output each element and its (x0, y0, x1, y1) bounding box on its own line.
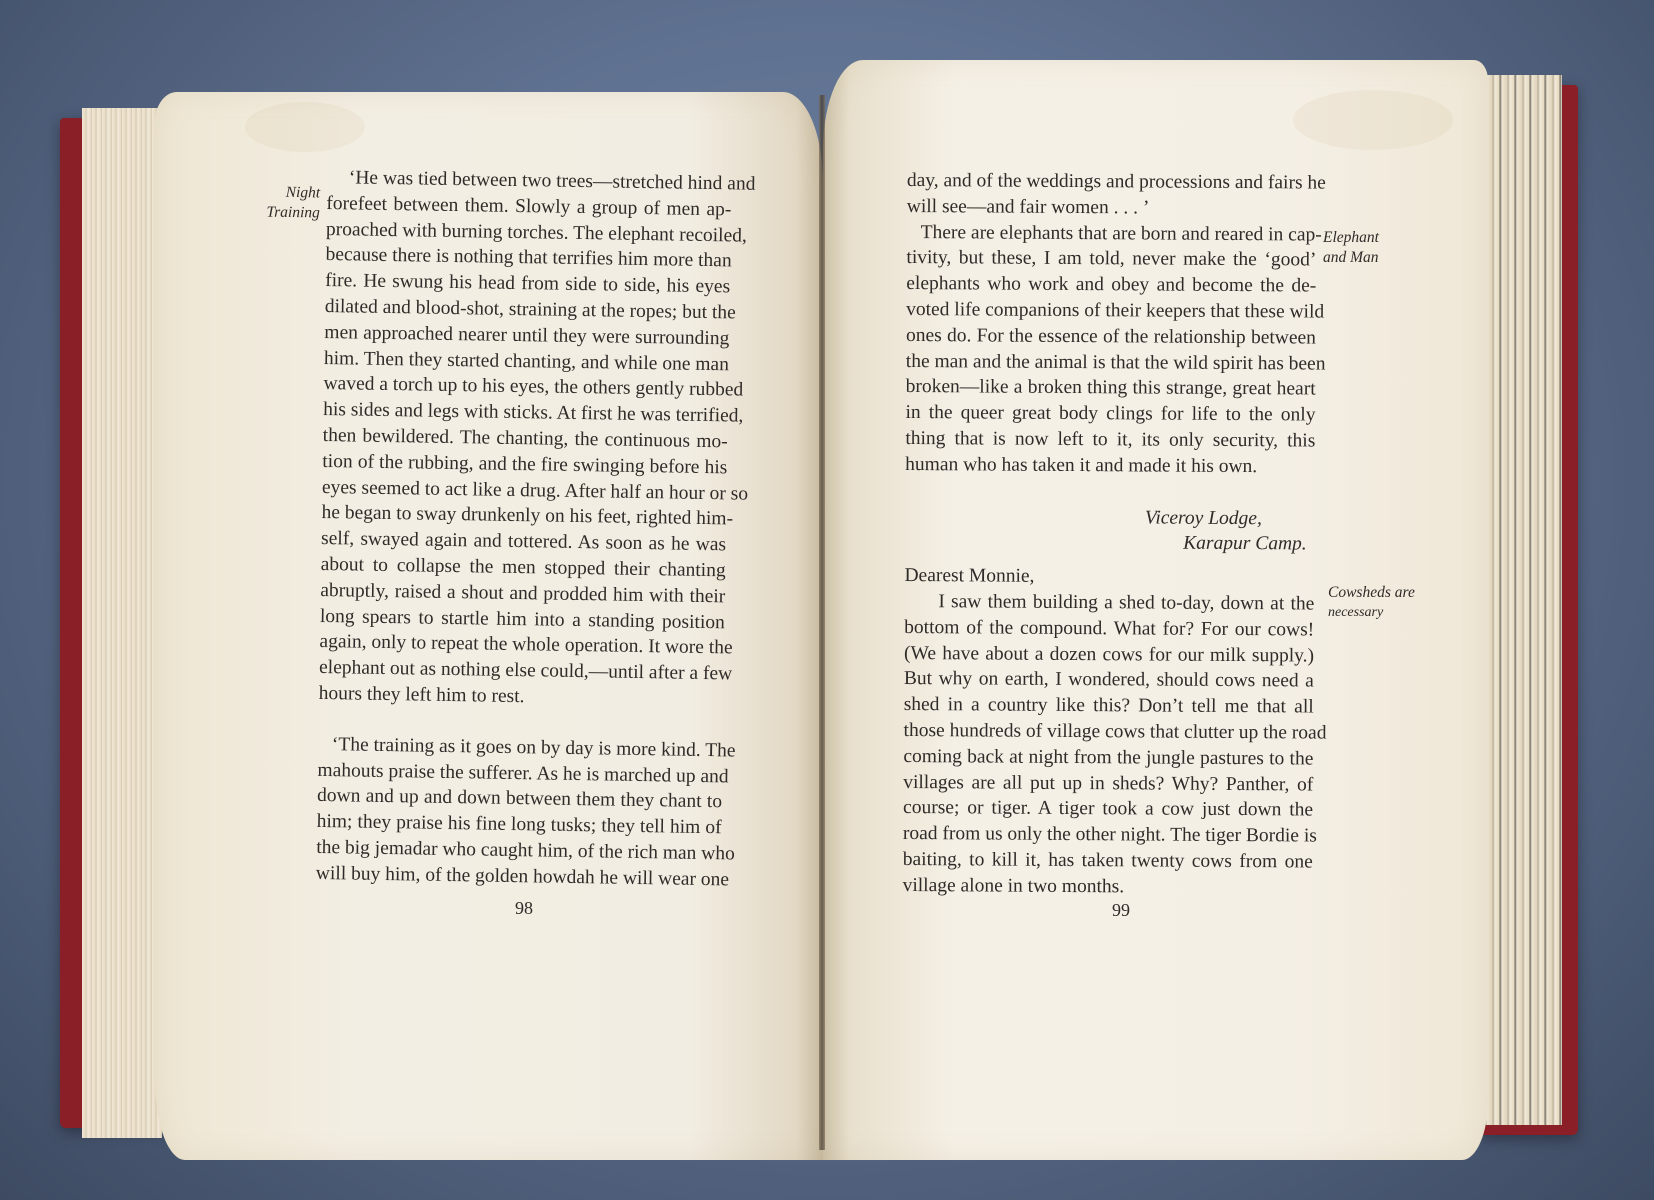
paragraph: ‘The training as it goes on by day is mo… (316, 732, 723, 893)
page-edges-left (82, 108, 162, 1138)
margin-note-elephant-and-man: Elephant and Man (1323, 228, 1379, 268)
paragraph: There are elephants that are born and re… (905, 220, 1317, 480)
margin-note-night-training: Night Training (265, 183, 321, 224)
paragraph: I saw them building a shed to-day, down … (903, 589, 1315, 901)
left-page-text: ‘He was tied between two trees—stretched… (316, 165, 732, 893)
book-gutter (819, 95, 825, 1150)
page-number-right: 99 (1112, 900, 1130, 921)
letter-salutation: Dearest Monnie, (904, 563, 1314, 591)
margin-note-cowsheds-are-necessary: Cowsheds are necessary (1328, 583, 1415, 623)
letter-address: Viceroy Lodge, Karapur Camp. (905, 504, 1315, 558)
page-number-left: 98 (515, 898, 533, 919)
paragraph: ‘He was tied between two trees—stretched… (318, 165, 731, 713)
right-page-text: day, and of the weddings and processions… (903, 168, 1317, 901)
paragraph: day, and of the weddings and processions… (907, 168, 1317, 222)
page-edges-right (1480, 75, 1562, 1125)
